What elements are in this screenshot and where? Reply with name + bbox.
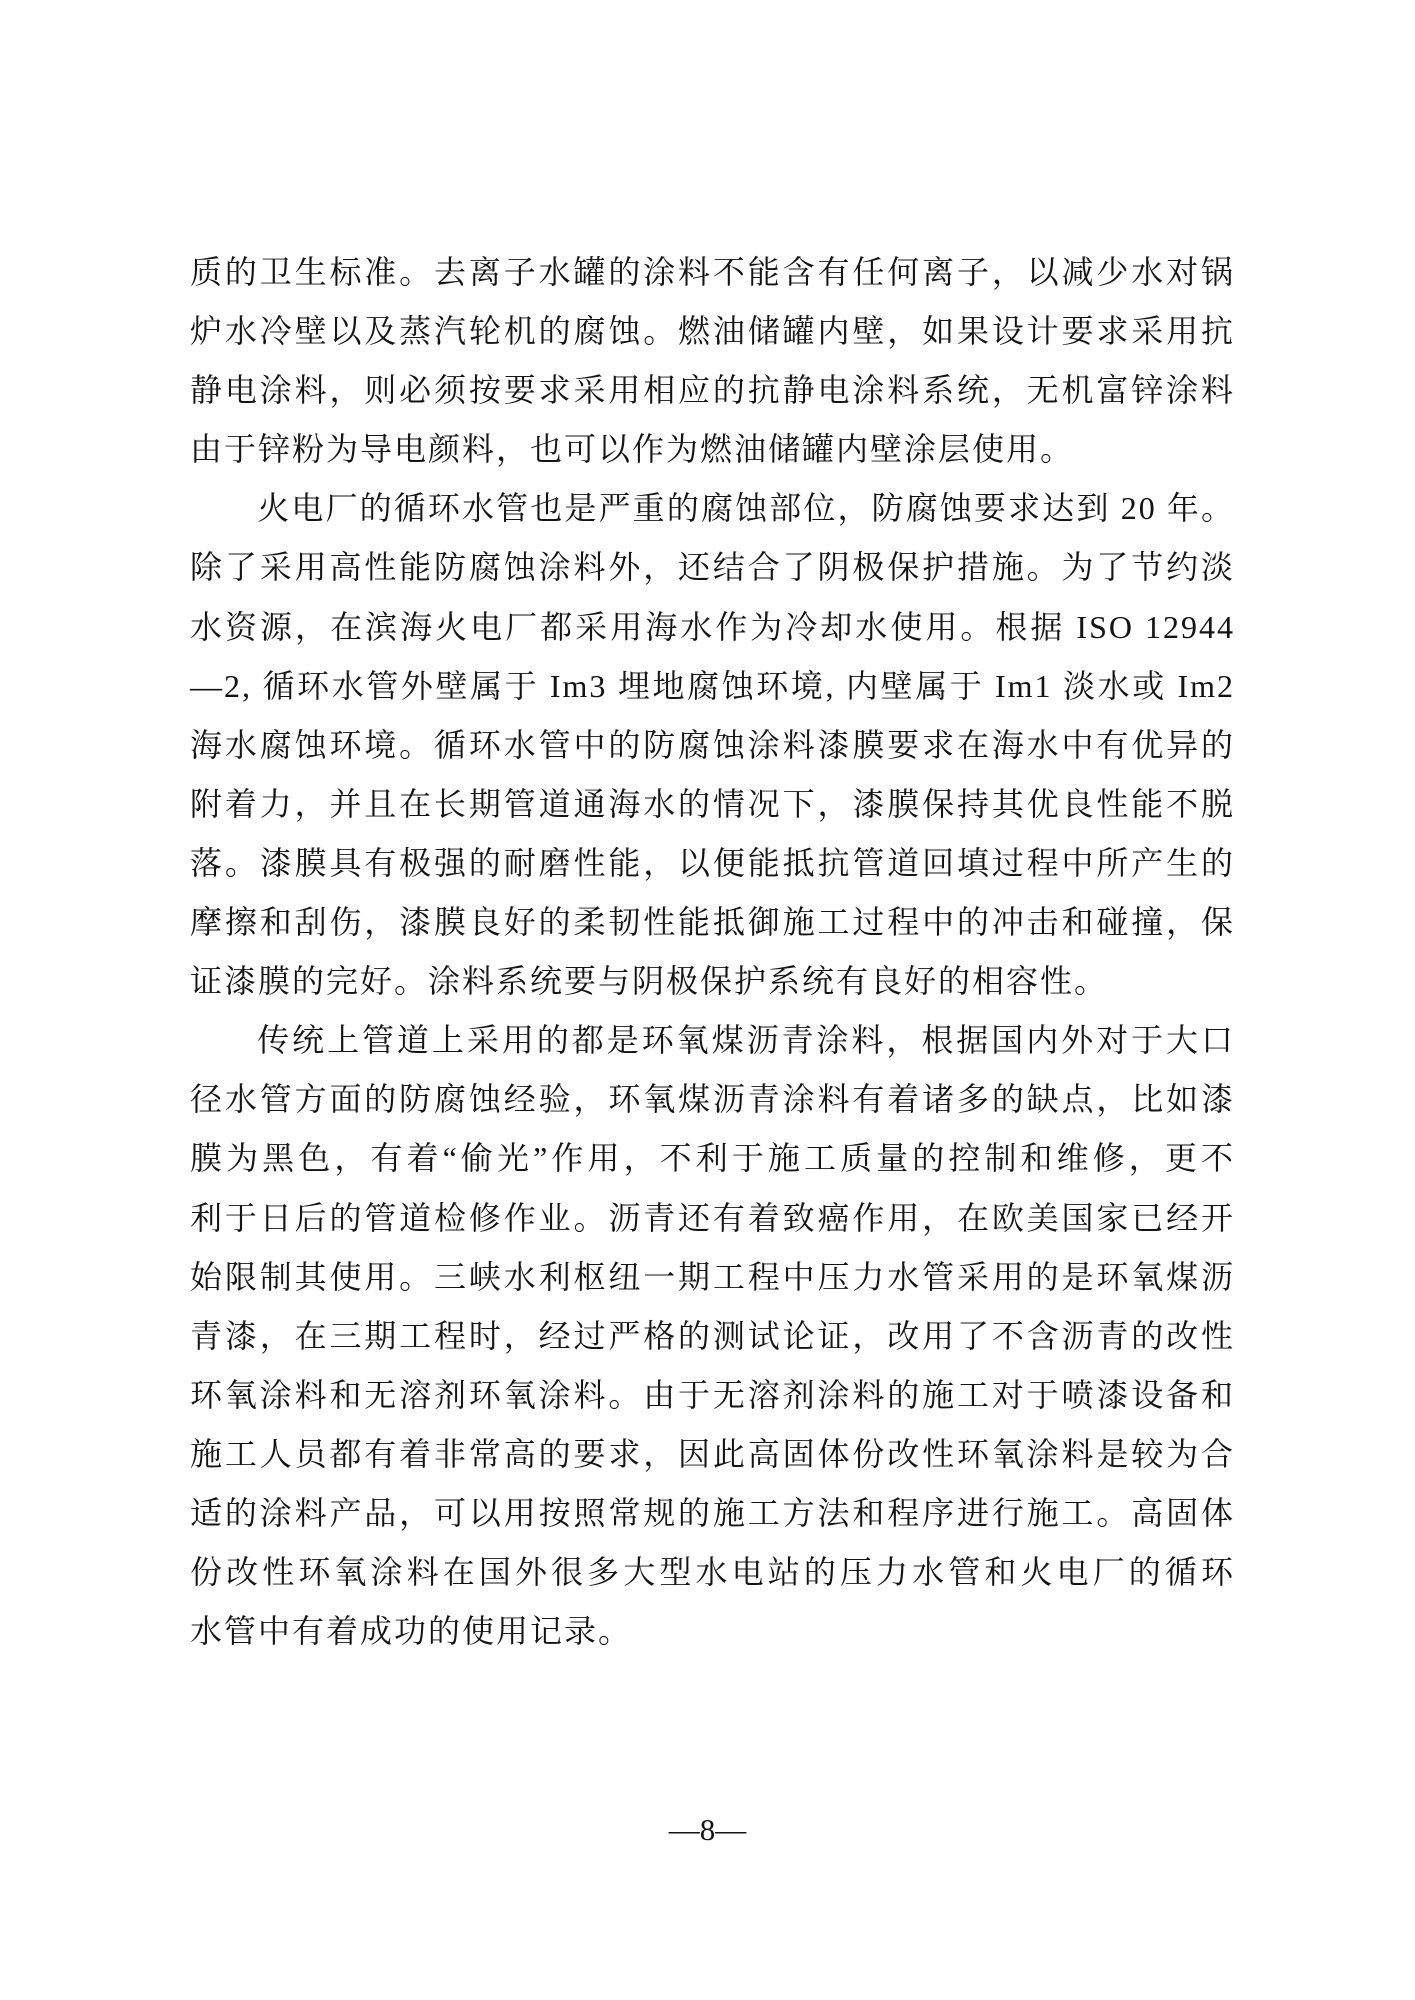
text-block: 质的卫生标准。去离子水罐的涂料不能含有任何离子，以减少水对锅炉水冷壁以及蒸汽轮机… xyxy=(190,243,1235,1661)
text-line: 青漆，在三期工程时，经过严格的测试论证，改用了不含沥青的改性 xyxy=(190,1307,1235,1366)
text-line: 由于锌粉为导电颜料，也可以作为燃油储罐内壁涂层使用。 xyxy=(190,420,1235,479)
text-line: 始限制其使用。三峡水利枢纽一期工程中压力水管采用的是环氧煤沥 xyxy=(190,1248,1235,1307)
text-line: 利于日后的管道检修作业。沥青还有着致癌作用，在欧美国家已经开 xyxy=(190,1189,1235,1248)
text-line: 传统上管道上采用的都是环氧煤沥青涂料，根据国内外对于大口 xyxy=(190,1011,1235,1070)
text-line: 摩擦和刮伤，漆膜良好的柔韧性能抵御施工过程中的冲击和碰撞，保 xyxy=(190,893,1235,952)
text-line: 径水管方面的防腐蚀经验，环氧煤沥青涂料有着诸多的缺点，比如漆 xyxy=(190,1070,1235,1129)
text-line: 海水腐蚀环境。循环水管中的防腐蚀涂料漆膜要求在海水中有优异的 xyxy=(190,716,1235,775)
text-line: 膜为黑色，有着“偷光”作用，不利于施工质量的控制和维修，更不 xyxy=(190,1129,1235,1188)
text-line: 适的涂料产品，可以用按照常规的施工方法和程序进行施工。高固体 xyxy=(190,1484,1235,1543)
text-line: —2, 循环水管外壁属于 Im3 埋地腐蚀环境, 内壁属于 Im1 淡水或 Im… xyxy=(190,657,1235,716)
text-line: 证漆膜的完好。涂料系统要与阴极保护系统有良好的相容性。 xyxy=(190,952,1235,1011)
text-line: 火电厂的循环水管也是严重的腐蚀部位，防腐蚀要求达到 20 年。 xyxy=(190,479,1235,538)
text-line: 附着力，并且在长期管道通海水的情况下，漆膜保持其优良性能不脱 xyxy=(190,775,1235,834)
text-line: 水管中有着成功的使用记录。 xyxy=(190,1602,1235,1661)
page-footer: —8— xyxy=(0,1805,1415,1855)
text-line: 静电涂料，则必须按要求采用相应的抗静电涂料系统，无机富锌涂料 xyxy=(190,361,1235,420)
text-line: 炉水冷壁以及蒸汽轮机的腐蚀。燃油储罐内壁，如果设计要求采用抗 xyxy=(190,302,1235,361)
text-line: 除了采用高性能防腐蚀涂料外，还结合了阴极保护措施。为了节约淡 xyxy=(190,538,1235,597)
text-line: 落。漆膜具有极强的耐磨性能，以便能抵抗管道回填过程中所产生的 xyxy=(190,834,1235,893)
text-line: 施工人员都有着非常高的要求，因此高固体份改性环氧涂料是较为合 xyxy=(190,1425,1235,1484)
text-line: 水资源，在滨海火电厂都采用海水作为冷却水使用。根据 ISO 12944 xyxy=(190,598,1235,657)
page-number: —8— xyxy=(669,1812,747,1847)
text-line: 环氧涂料和无溶剂环氧涂料。由于无溶剂涂料的施工对于喷漆设备和 xyxy=(190,1366,1235,1425)
document-page: 质的卫生标准。去离子水罐的涂料不能含有任何离子，以减少水对锅炉水冷壁以及蒸汽轮机… xyxy=(0,0,1415,2000)
text-line: 质的卫生标准。去离子水罐的涂料不能含有任何离子，以减少水对锅 xyxy=(190,243,1235,302)
text-line: 份改性环氧涂料在国外很多大型水电站的压力水管和火电厂的循环 xyxy=(190,1543,1235,1602)
